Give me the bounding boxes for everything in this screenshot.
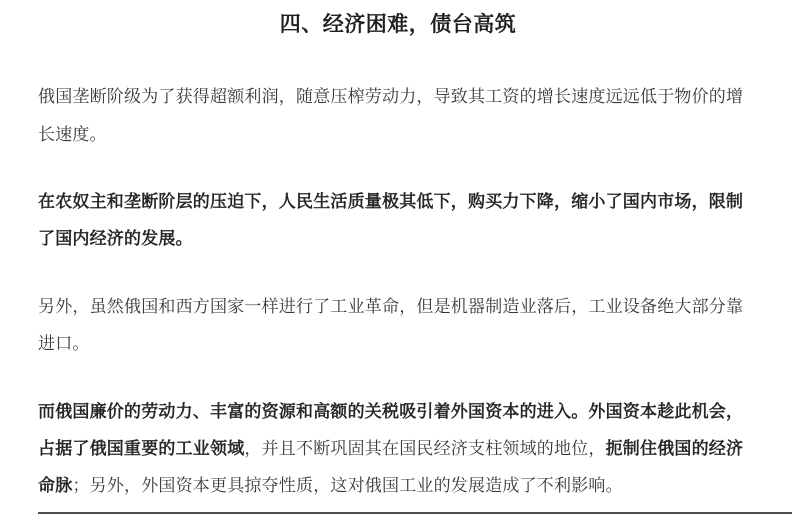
text-run: ，并且不断巩固其在国民经济支柱领域的地位， [244,439,605,458]
paragraph: 在农奴主和垄断阶层的压迫下，人民生活质量极其低下，购买力下降，缩小了国内市场，限… [38,183,758,258]
text-run: ；另外，外国资本更具掠夺性质，这对俄国工业的发展造成了不利影响。 [72,476,622,495]
document-page: 四、经济困难，债台高筑 俄国垄断阶级为了获得超额利润，随意压榨劳动力，导致其工资… [0,0,800,505]
text-run: 另外，虽然俄国和西方国家一样进行了工业革命，但是机器制造业落后，工业设备绝大部分… [38,297,743,353]
paragraph: 另外，虽然俄国和西方国家一样进行了工业革命，但是机器制造业落后，工业设备绝大部分… [38,288,758,363]
text-run-bold: 在农奴主和垄断阶层的压迫下，人民生活质量极其低下，购买力下降，缩小了国内市场，限… [38,192,743,248]
text-run: 俄国垄断阶级为了获得超额利润，随意压榨劳动力，导致其工资的增长速度远远低于物价的… [38,87,743,143]
paragraph-container: 俄国垄断阶级为了获得超额利润，随意压榨劳动力，导致其工资的增长速度远远低于物价的… [38,78,758,505]
paragraph: 俄国垄断阶级为了获得超额利润，随意压榨劳动力，导致其工资的增长速度远远低于物价的… [38,78,758,153]
paragraph: 而俄国廉价的劳动力、丰富的资源和高额的关税吸引着外国资本的进入。外国资本趁此机会… [38,393,758,505]
page-title: 四、经济困难，债台高筑 [38,12,758,37]
